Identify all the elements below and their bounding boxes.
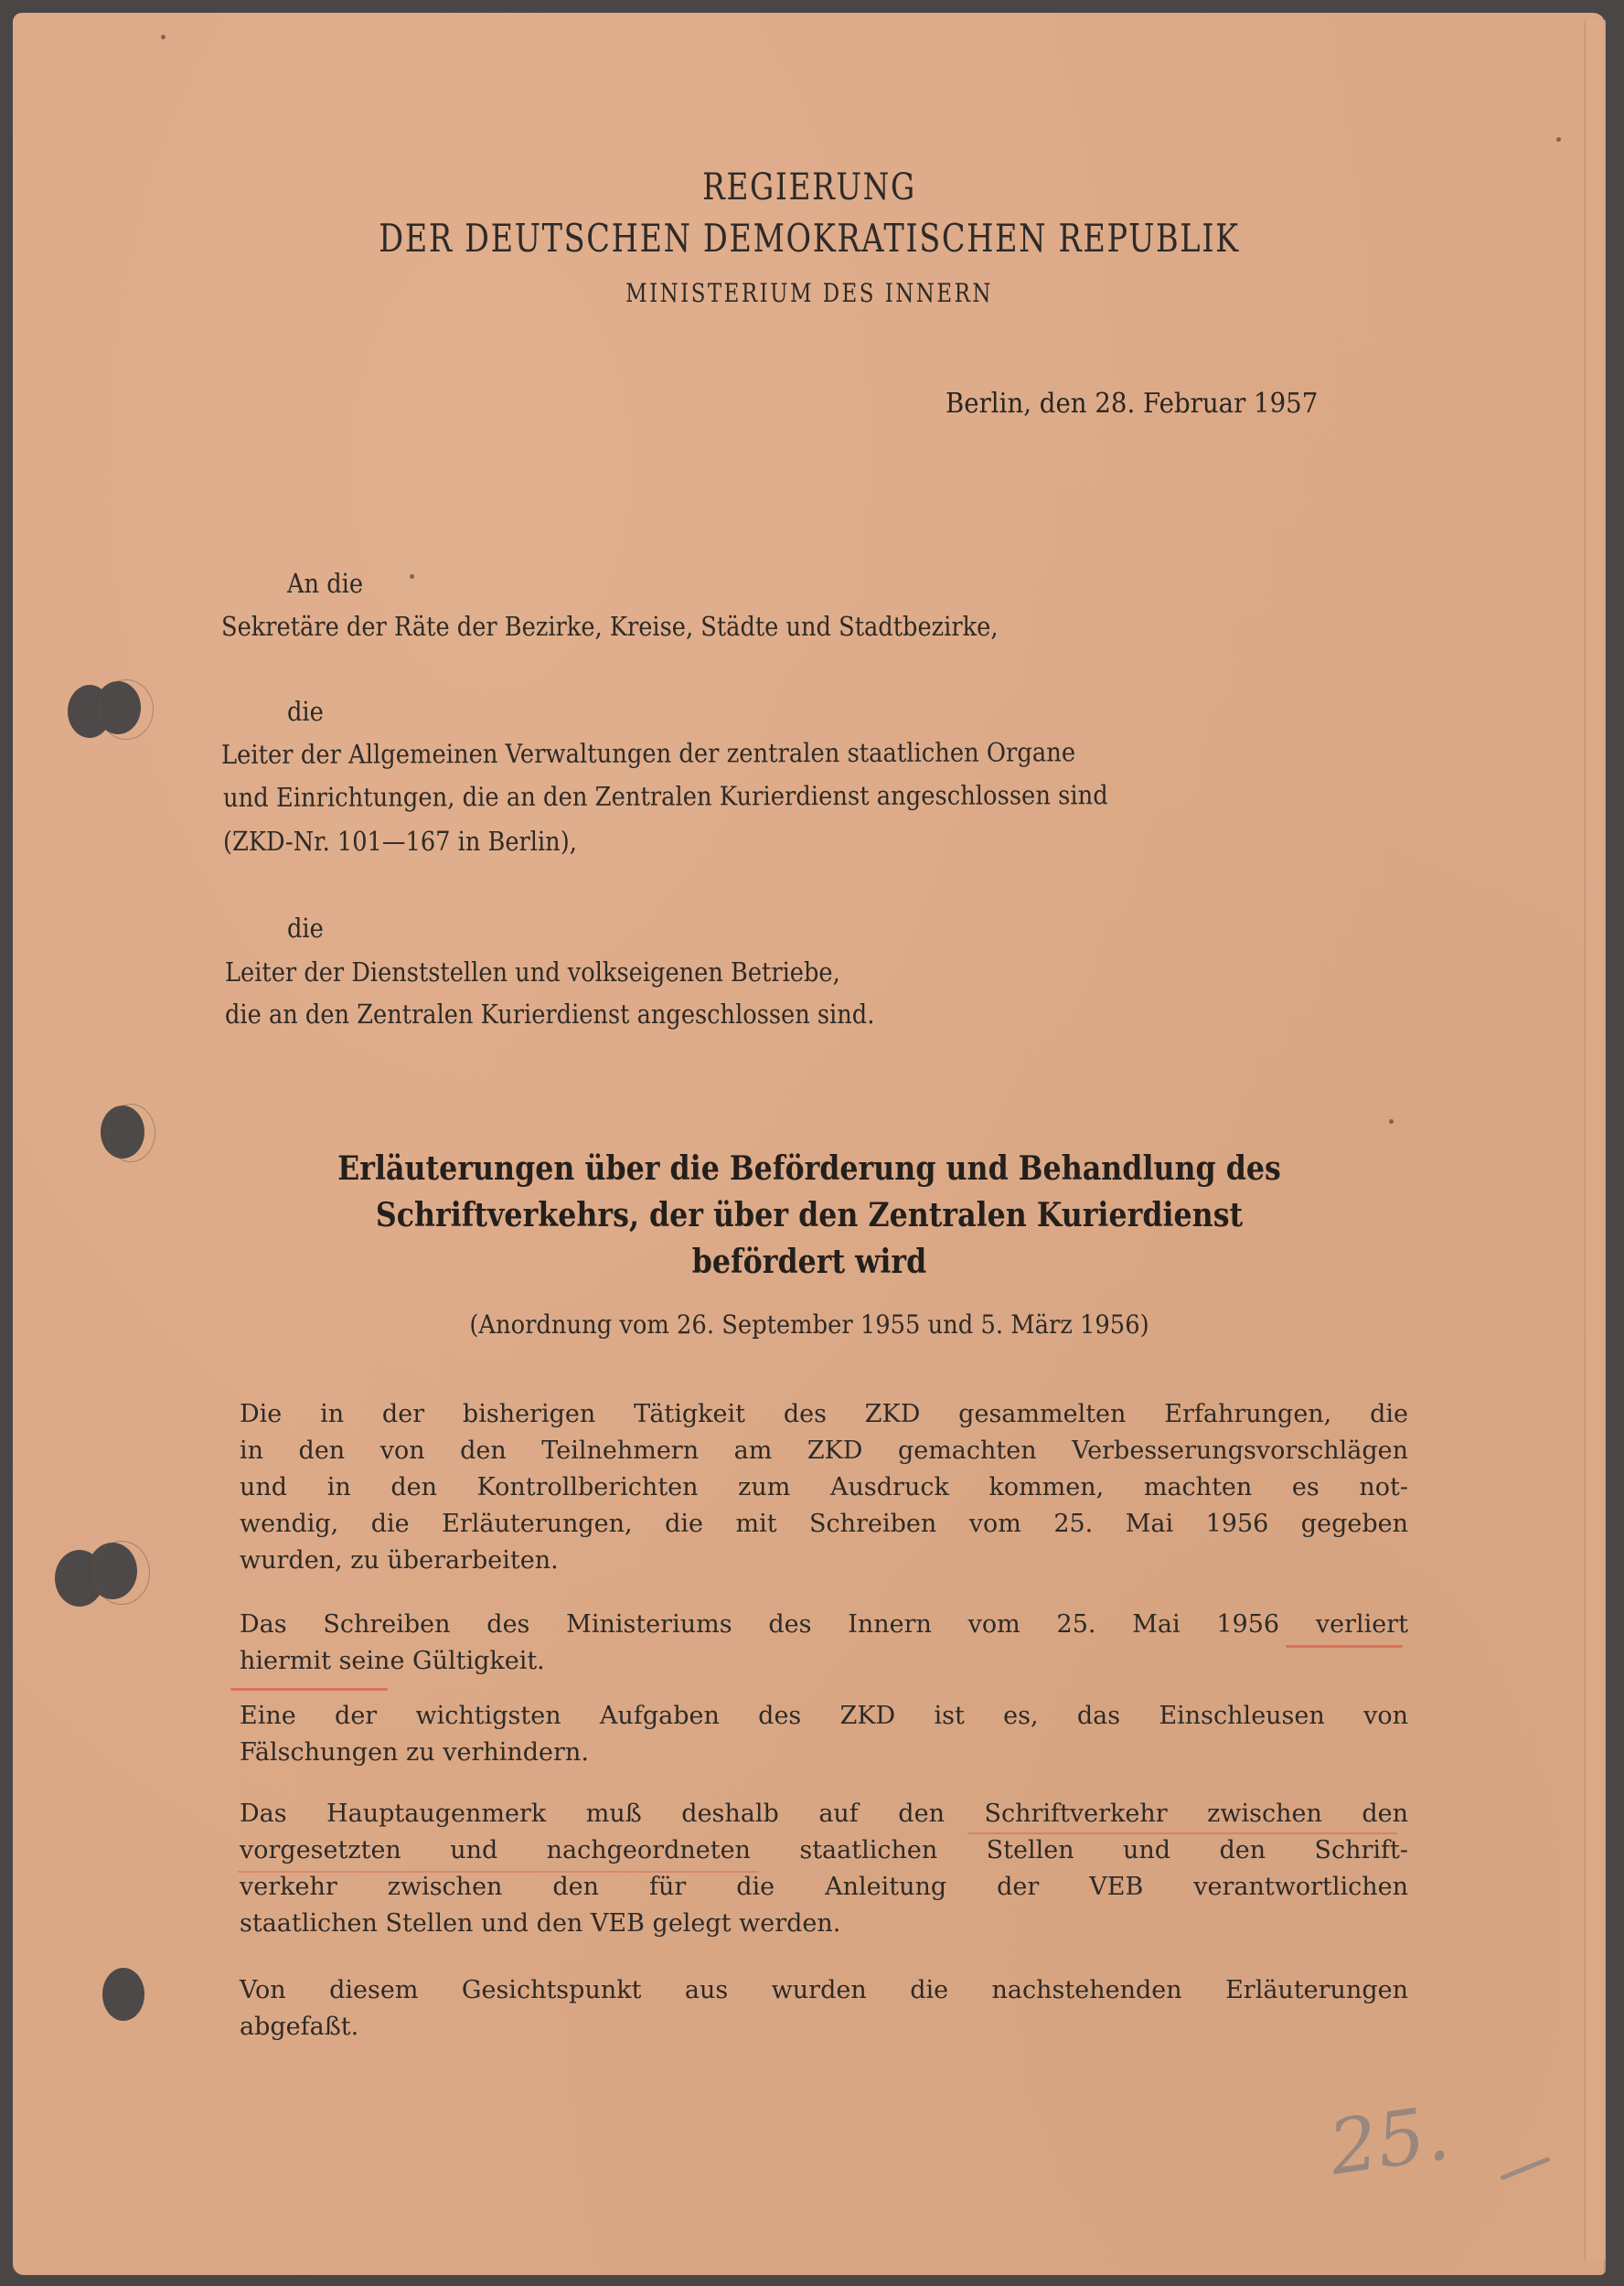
- text-line: Von diesem Gesichtspunkt aus wurden die …: [240, 1972, 1408, 2009]
- text-line: und in den Kontrollberichten zum Ausdruc…: [240, 1469, 1408, 1506]
- text-line: in den von den Teilnehmern am ZKD gemach…: [240, 1433, 1408, 1469]
- recipient-line: Sekretäre der Räte der Bezirke, Kreise, …: [221, 612, 998, 642]
- subtitle-decree-reference: (Anordnung vom 26. September 1955 und 5.…: [77, 1309, 1543, 1340]
- text-line: hiermit seine Gültigkeit.: [240, 1643, 1408, 1680]
- paragraph-2: Das Schreiben des Ministeriums des Inner…: [240, 1607, 1408, 1680]
- paper-speck: [410, 574, 414, 579]
- recipient-intro: die: [287, 697, 324, 727]
- recipient-line: Leiter der Allgemeinen Verwaltungen der …: [221, 737, 1075, 770]
- page-edge: [1585, 20, 1606, 2260]
- paragraph-3: Eine der wichtigsten Aufgaben des ZKD is…: [240, 1698, 1408, 1771]
- title-line-2: Schriftverkehrs, der über den Zentralen …: [109, 1196, 1511, 1234]
- text-line: wurden, zu überarbeiten.: [240, 1543, 1408, 1579]
- recipient-intro: An die: [287, 569, 363, 599]
- red-pencil-underline: [1286, 1645, 1403, 1648]
- text-line: vorgesetzten und nachgeordneten staatlic…: [240, 1832, 1408, 1869]
- recipient-intro: die: [287, 913, 324, 944]
- letterhead-government: REGIERUNG: [156, 166, 1462, 208]
- date-line: Berlin, den 28. Februar 1957: [946, 388, 1318, 420]
- text-line: Die in der bisherigen Tätigkeit des ZKD …: [240, 1396, 1408, 1433]
- document-page: REGIERUNG DER DEUTSCHEN DEMOKRATISCHEN R…: [13, 13, 1606, 2275]
- recipient-line: und Einrichtungen, die an den Zentralen …: [223, 780, 1108, 813]
- text-line: Eine der wichtigsten Aufgaben des ZKD is…: [240, 1698, 1408, 1735]
- text-line: abgefaßt.: [240, 2009, 1408, 2046]
- title-line-3: befördert wird: [109, 1243, 1511, 1281]
- paragraph-5: Von diesem Gesichtspunkt aus wurden die …: [240, 1972, 1408, 2046]
- text-line: wendig, die Erläuterungen, die mit Schre…: [240, 1506, 1408, 1543]
- paper-speck: [1389, 1119, 1394, 1124]
- red-pencil-underline: [230, 1688, 388, 1691]
- paper-speck: [161, 35, 166, 39]
- text-line: Das Hauptaugenmerk muß deshalb auf den S…: [240, 1796, 1408, 1832]
- text-line: Das Schreiben des Ministeriums des Inner…: [240, 1607, 1408, 1643]
- letterhead-ministry: MINISTERIUM DES INNERN: [156, 278, 1462, 308]
- recipient-line: Leiter der Dienststellen und volkseigene…: [225, 957, 840, 988]
- text-line: verkehr zwischen den für die Anleitung d…: [240, 1869, 1408, 1906]
- letterhead-country: DER DEUTSCHEN DEMOKRATISCHEN REPUBLIK: [172, 216, 1447, 261]
- red-pencil-underline: [238, 1871, 759, 1873]
- pencil-page-number: 25.: [1324, 2089, 1454, 2192]
- paper-speck: [1556, 137, 1561, 142]
- recipient-line: die an den Zentralen Kurierdienst angesc…: [225, 999, 874, 1030]
- pencil-dash-mark: [1500, 2156, 1551, 2180]
- red-pencil-underline: [967, 1832, 1397, 1834]
- paragraph-4: Das Hauptaugenmerk muß deshalb auf den S…: [240, 1796, 1408, 1942]
- text-line: staatlichen Stellen und den VEB gelegt w…: [240, 1906, 1408, 1942]
- text-line: Fälschungen zu verhindern.: [240, 1735, 1408, 1771]
- recipient-line: (ZKD-Nr. 101—167 in Berlin),: [223, 827, 577, 857]
- title-line-1: Erläuterungen über die Beförderung und B…: [109, 1149, 1511, 1188]
- paragraph-1: Die in der bisherigen Tätigkeit des ZKD …: [240, 1396, 1408, 1579]
